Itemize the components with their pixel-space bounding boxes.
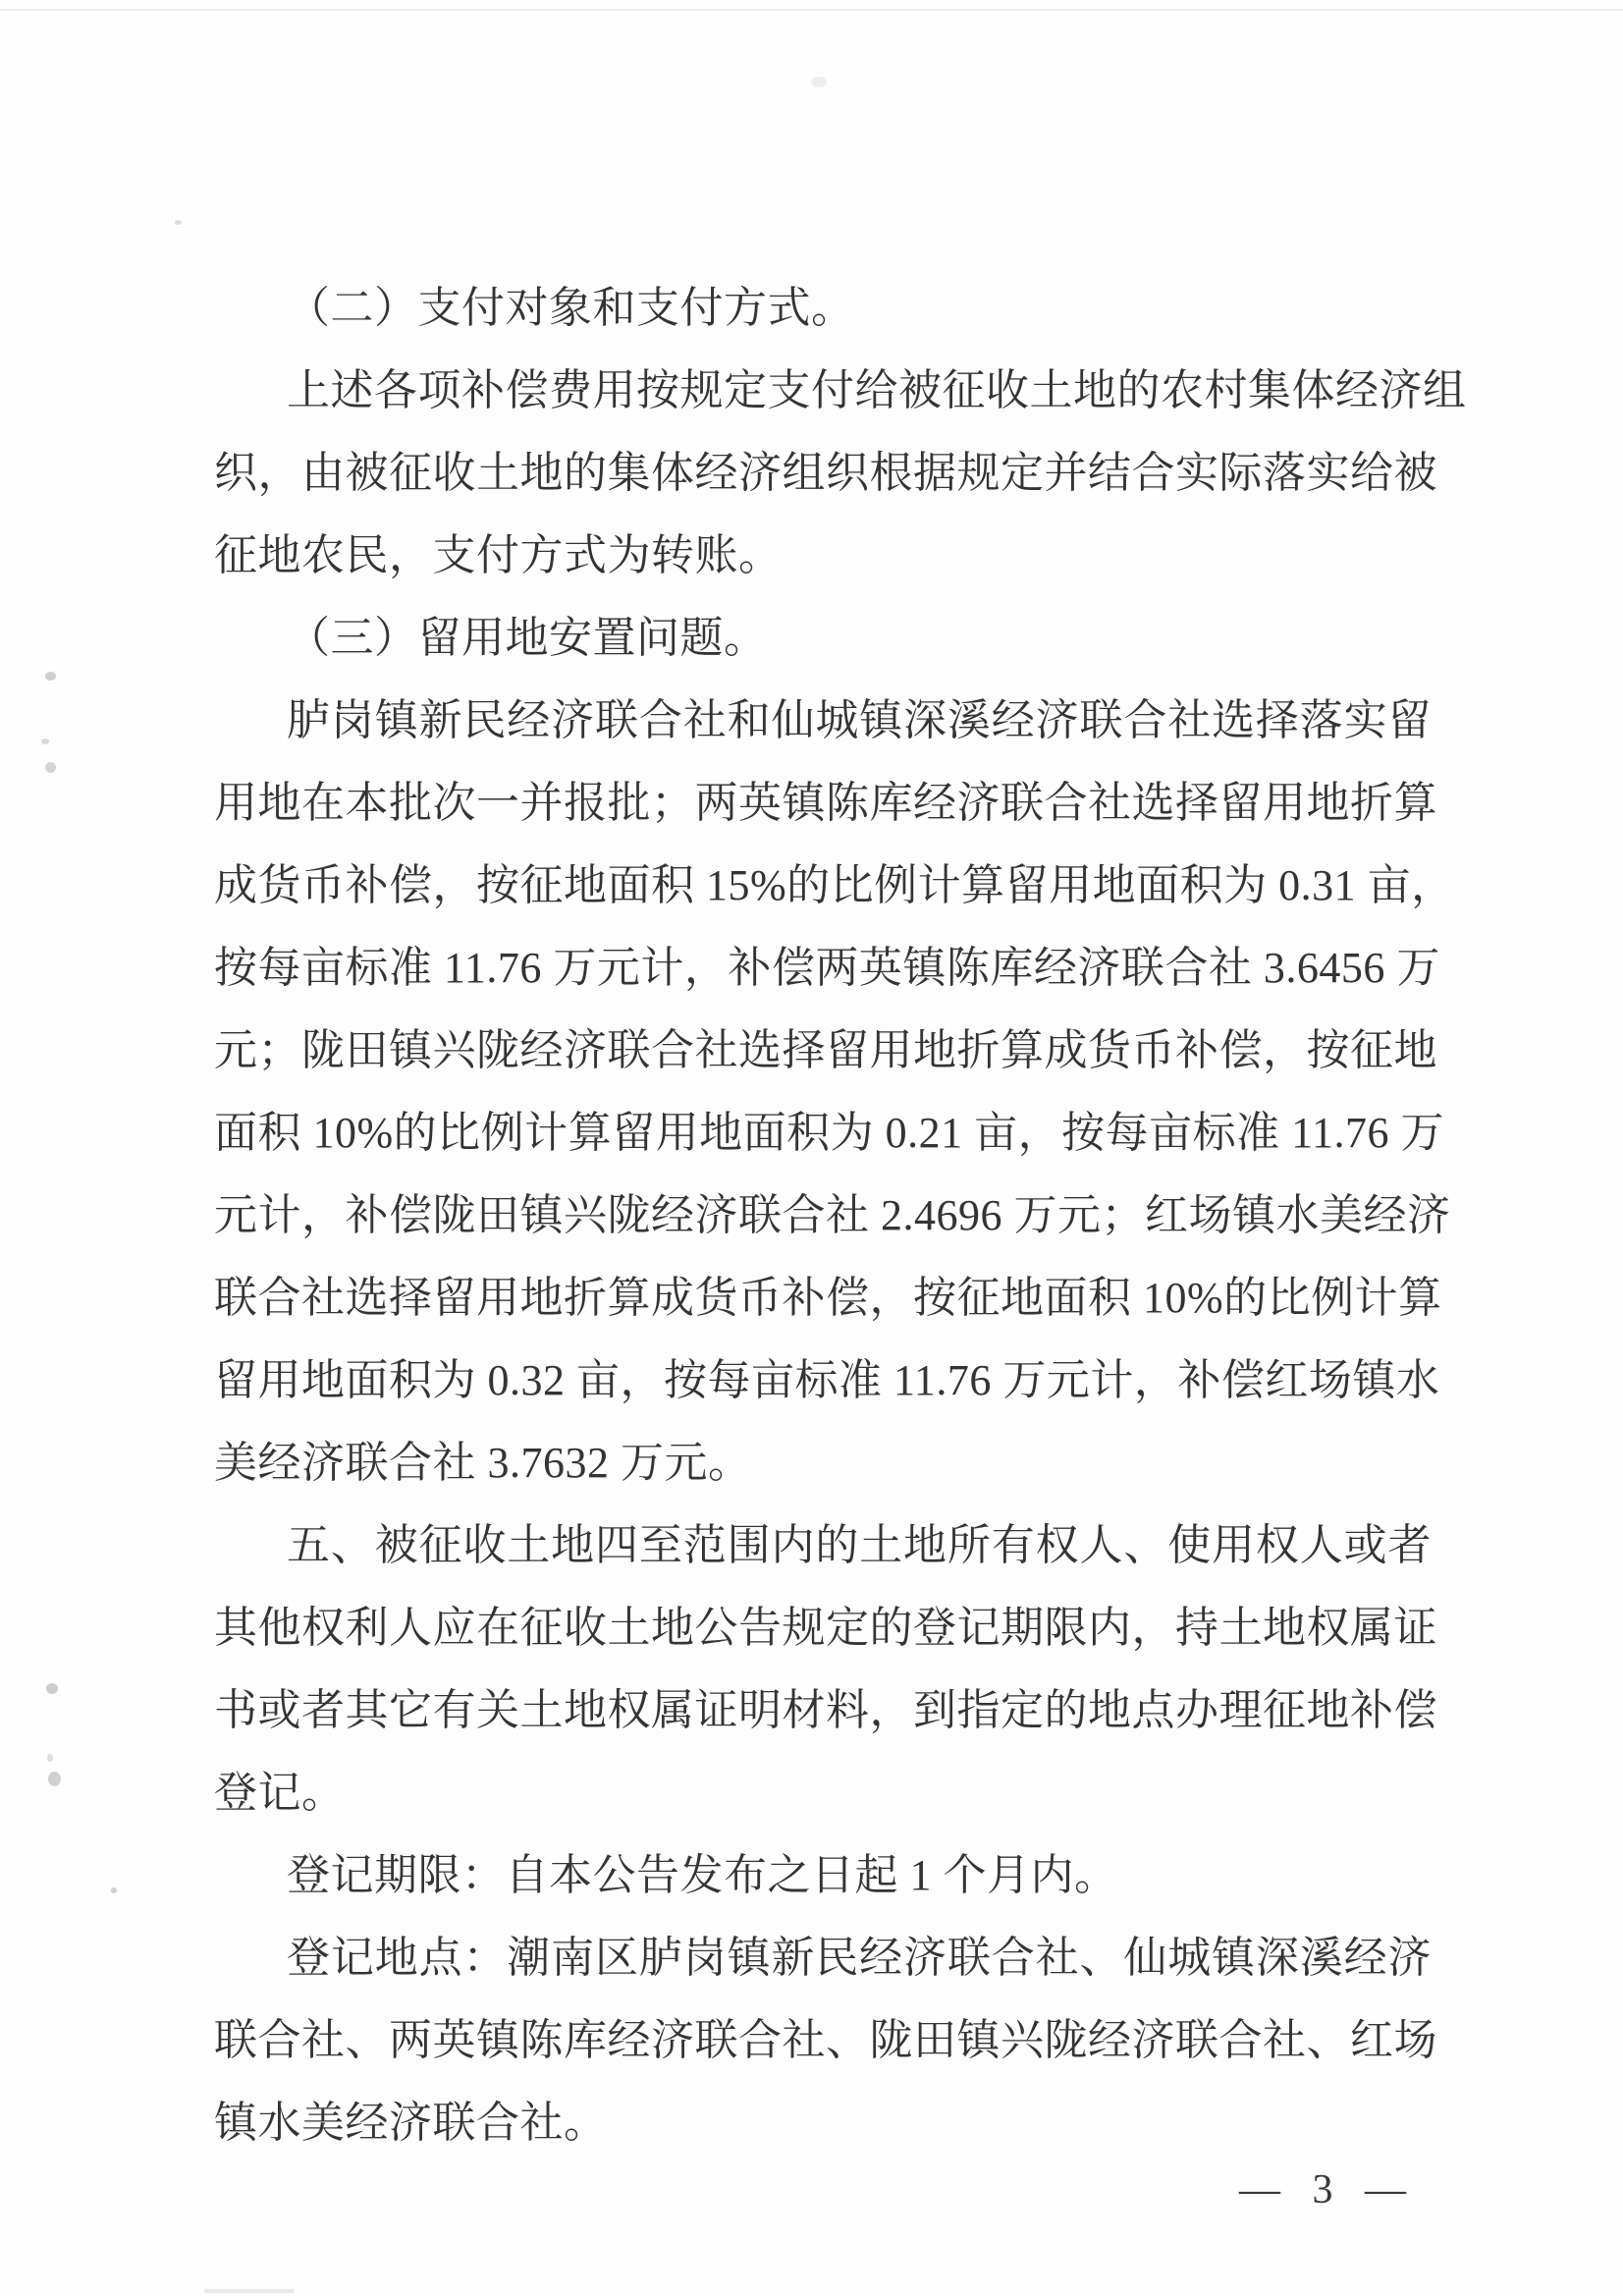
scan-artifact [41,738,49,744]
text-line: 按每亩标准 11.76 万元计，补偿两英镇陈库经济联合社 3.6456 万 [214,927,1432,1010]
scan-artifact [45,672,56,681]
scan-artifact [47,1754,53,1762]
document-page: （二）支付对象和支付方式。 上述各项补偿费用按规定支付给被征收土地的农村集体经济… [0,0,1623,2296]
scan-artifact [175,220,182,225]
text-line: 征地农民，支付方式为转账。 [214,515,1432,597]
document-text-block: （二）支付对象和支付方式。 上述各项补偿费用按规定支付给被征收土地的农村集体经济… [214,267,1432,2164]
text-line: 登记地点：潮南区胪岗镇新民经济联合社、仙城镇深溪经济 [214,1917,1432,1999]
scan-edge-artifact [0,9,1623,11]
text-line: 美经济联合社 3.7632 万元。 [214,1422,1432,1504]
text-line: 面积 10%的比例计算留用地面积为 0.21 亩，按每亩标准 11.76 万 [214,1092,1432,1175]
text-line: 书或者其它有关土地权属证明材料，到指定的地点办理征地补偿 [214,1669,1432,1752]
text-line: （二）支付对象和支付方式。 [214,267,1432,350]
scan-artifact [48,1772,61,1786]
scan-artifact [111,1887,117,1893]
text-line: 元；陇田镇兴陇经济联合社选择留用地折算成货币补偿，按征地 [214,1010,1432,1092]
text-line: 镇水美经济联合社。 [214,2082,1432,2164]
text-line: 登记期限：自本公告发布之日起 1 个月内。 [214,1834,1432,1917]
text-line: 胪岗镇新民经济联合社和仙城镇深溪经济联合社选择落实留 [214,680,1432,762]
text-line: 登记。 [214,1752,1432,1834]
text-line: 其他权利人应在征收土地公告规定的登记期限内，持土地权属证 [214,1587,1432,1669]
text-line: 五、被征收土地四至范围内的土地所有权人、使用权人或者 [214,1504,1432,1587]
text-line: 元计，补偿陇田镇兴陇经济联合社 2.4696 万元；红场镇水美经济 [214,1175,1432,1257]
text-line: （三）留用地安置问题。 [214,597,1432,680]
text-line: 用地在本批次一并报批；两英镇陈库经济联合社选择留用地折算 [214,762,1432,845]
text-line: 联合社、两英镇陈库经济联合社、陇田镇兴陇经济联合社、红场 [214,1999,1432,2082]
scan-artifact [45,762,56,773]
scan-artifact [811,77,827,87]
text-line: 联合社选择留用地折算成货币补偿，按征地面积 10%的比例计算 [214,1257,1432,1339]
text-line: 成货币补偿，按征地面积 15%的比例计算留用地面积为 0.31 亩， [214,845,1432,927]
scan-artifact [204,2289,295,2293]
scan-artifact [46,1683,58,1694]
text-line: 织，由被征收土地的集体经济组织根据规定并结合实际落实给被 [214,432,1432,515]
text-line: 留用地面积为 0.32 亩，按每亩标准 11.76 万元计，补偿红场镇水 [214,1339,1432,1422]
page-number: — 3 — [1239,2160,1406,2219]
text-line: 上述各项补偿费用按规定支付给被征收土地的农村集体经济组 [214,350,1432,432]
